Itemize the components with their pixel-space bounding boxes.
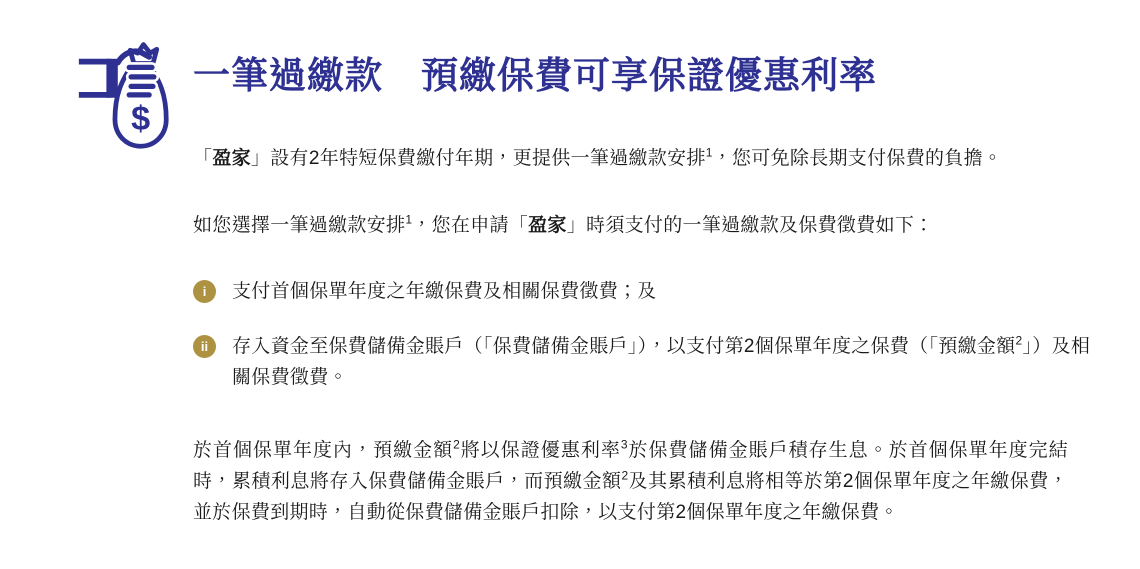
detail-paragraph: 於首個保單年度內，預繳金額2將以保證優惠利率3於保費儲備金賬戶積存生息。於首個保… <box>193 435 1068 528</box>
item-badge-i: i <box>193 280 216 303</box>
svg-text:$: $ <box>131 100 150 138</box>
item-text-i: 支付首個保單年度之年繳保費及相關保費徵費；及 <box>232 276 657 307</box>
item-badge-ii: ii <box>193 335 216 358</box>
payment-list: i 支付首個保單年度之年繳保費及相關保費徵費；及 ii 存入資金至保費儲備金賬戶… <box>193 276 1105 393</box>
arrangement-paragraph: 如您選擇一筆過繳款安排1，您在申請「盈家」時須支付的一筆過繳款及保費徵費如下： <box>193 210 1068 241</box>
payment-list-item-i: i 支付首個保單年度之年繳保費及相關保費徵費；及 <box>193 276 1105 307</box>
intro-paragraph: 「盈家」設有2年特短保費繳付年期，更提供一筆過繳款安排1，您可免除長期支付保費的… <box>193 143 1068 174</box>
page: $ 一筆過繳款 預繳保費可享保證優惠利率 「盈家」設有2年特短保費繳付年期，更提… <box>0 0 1140 569</box>
page-title: 一筆過繳款 預繳保費可享保證優惠利率 <box>193 54 1068 98</box>
content: 一筆過繳款 預繳保費可享保證優惠利率 「盈家」設有2年特短保費繳付年期，更提供一… <box>193 0 1068 528</box>
item-text-ii: 存入資金至保費儲備金賬戶（「保費儲備金賬戶」），以支付第2個保單年度之保費（「預… <box>232 331 1100 393</box>
payment-list-item-ii: ii 存入資金至保費儲備金賬戶（「保費儲備金賬戶」），以支付第2個保單年度之保費… <box>193 331 1105 393</box>
money-bag-hand-icon: $ <box>76 36 190 150</box>
